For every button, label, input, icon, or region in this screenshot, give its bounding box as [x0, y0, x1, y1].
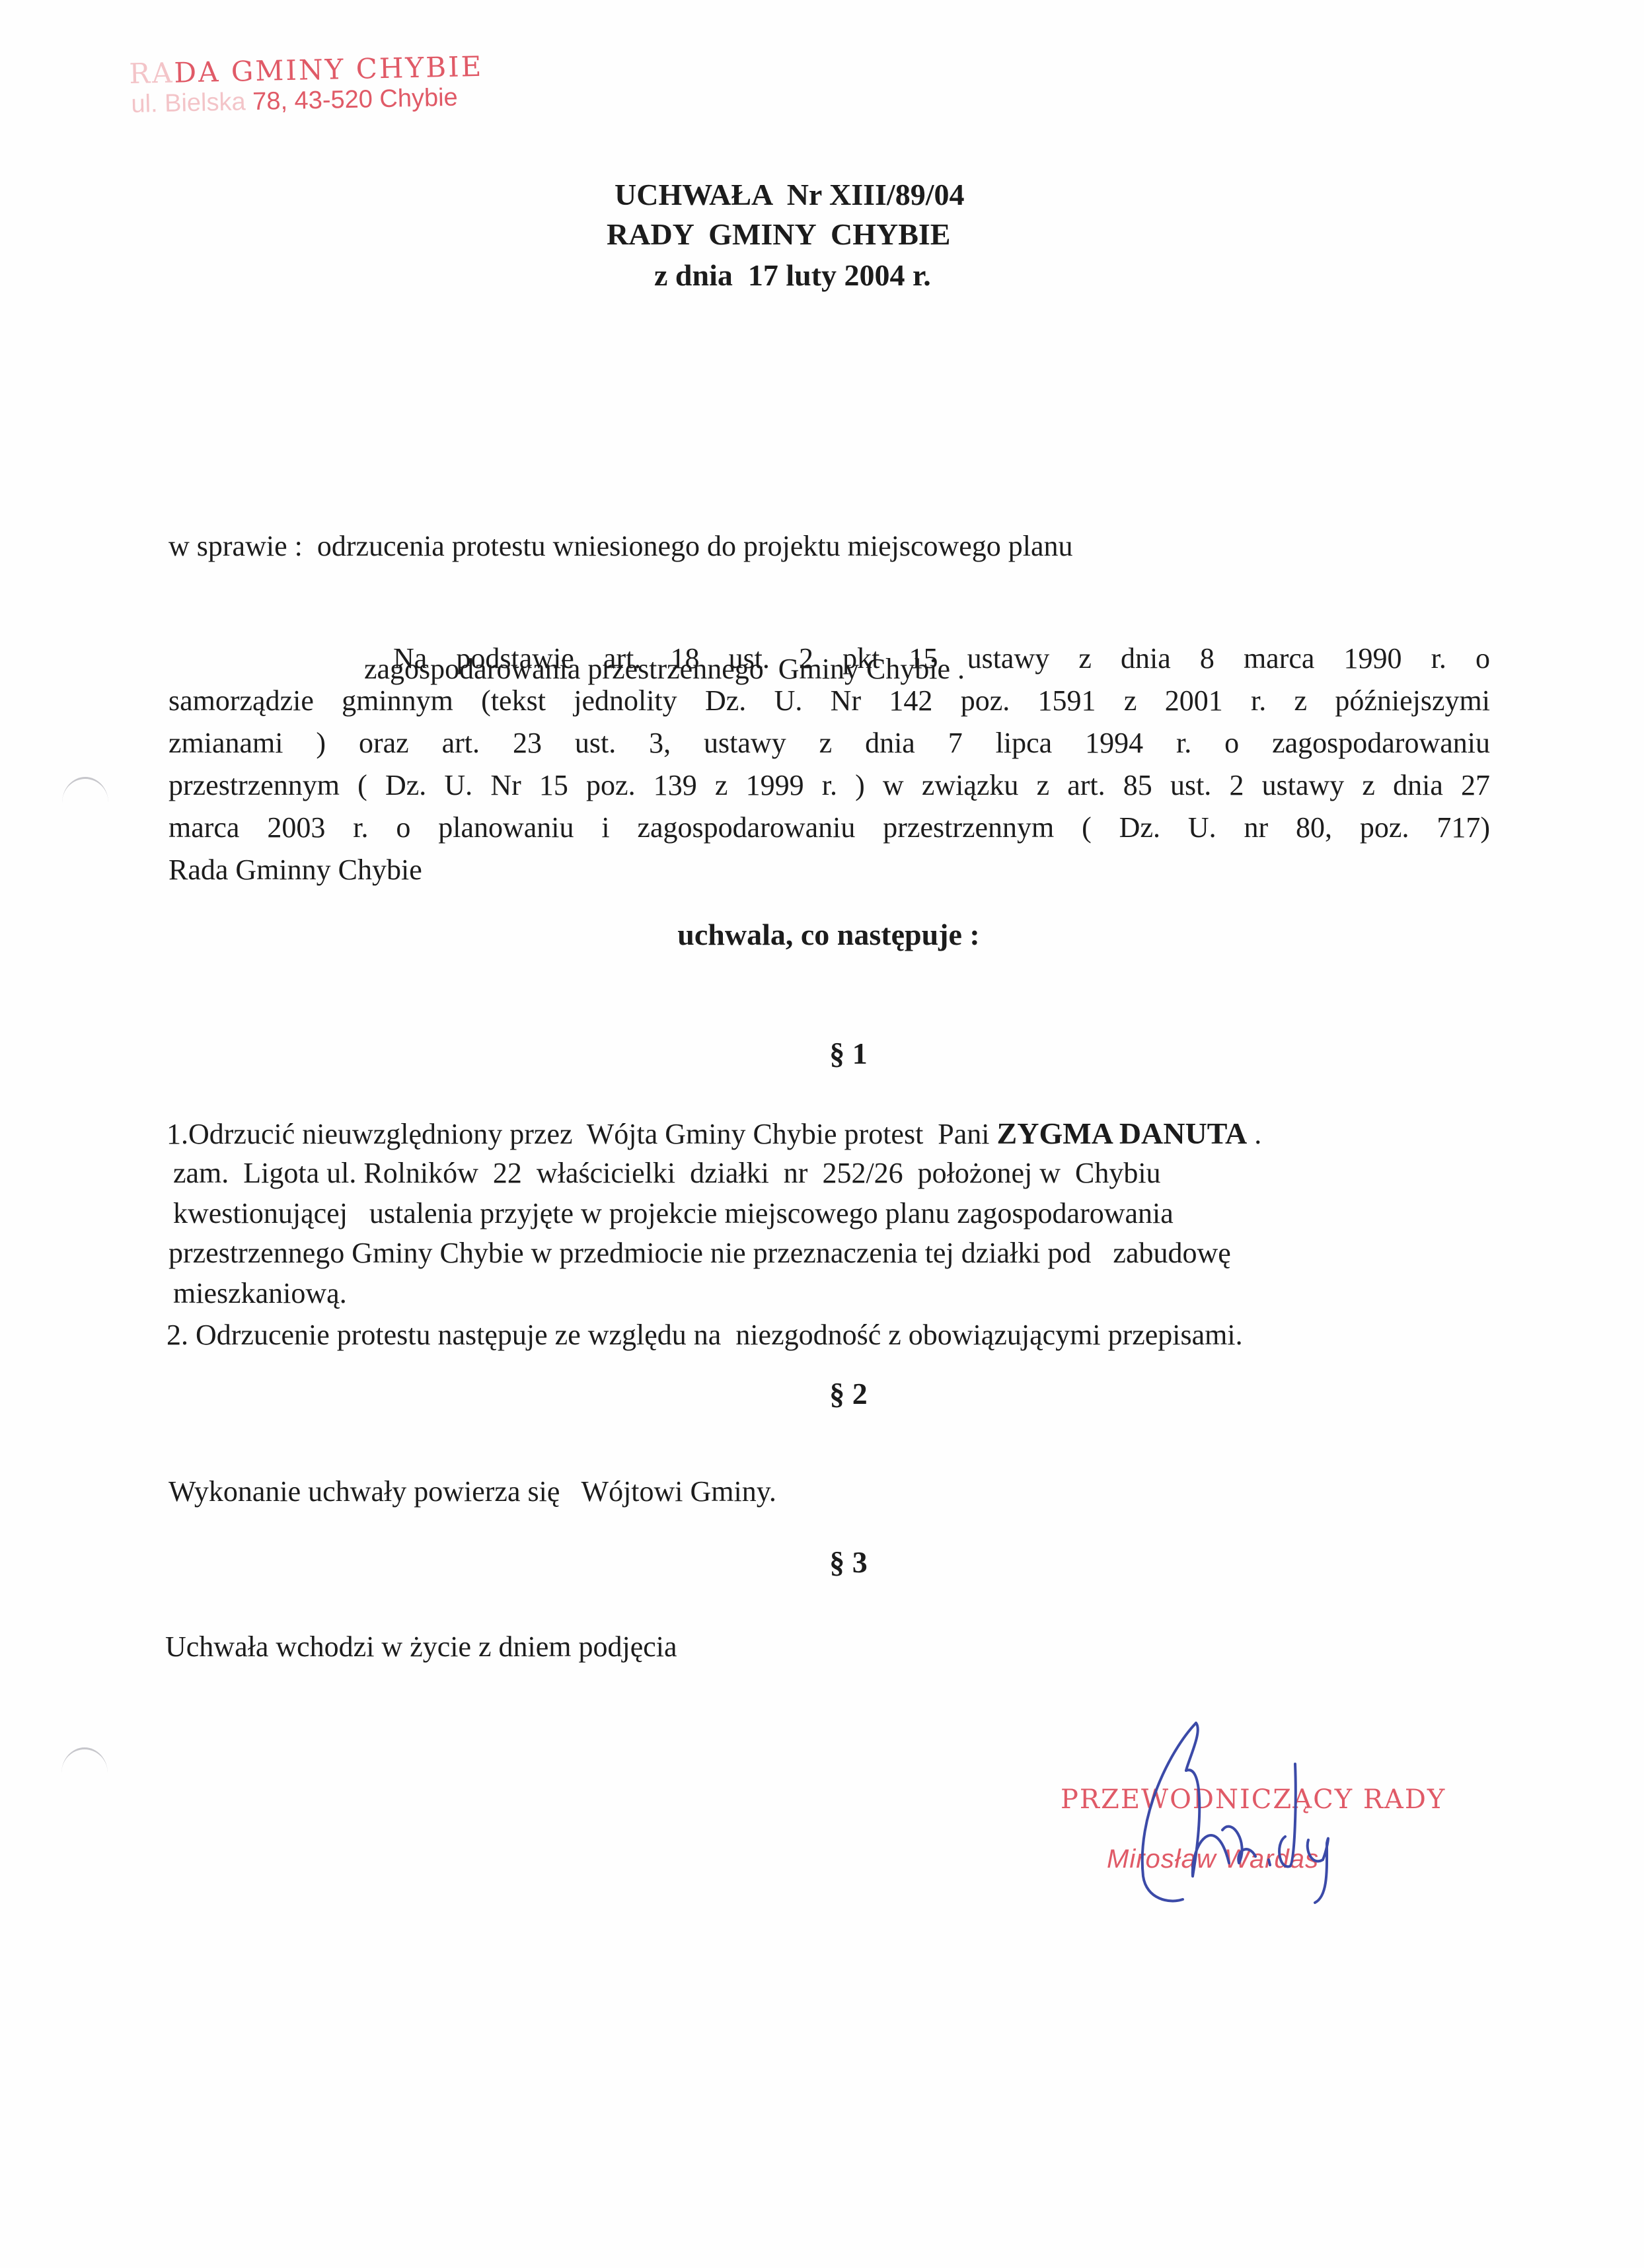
section-1-point-1-line: zam. Ligota ul. Rolników 22 właścicielki…	[173, 1153, 1161, 1194]
section-1-heading: § 1	[0, 1034, 1644, 1074]
legal-basis-line: Rada Gminny Chybie	[168, 849, 1490, 891]
section-2-heading: § 2	[0, 1374, 1644, 1414]
council-address-stamp: RADA GMINY CHYBIE ul. Bielska 78, 43-520…	[129, 51, 484, 119]
section-1-point-1-line: przestrzennego Gminy Chybie w przedmioci…	[168, 1233, 1231, 1274]
section-1-point-1: 1.Odrzucić nieuwzględniony przez Wójta G…	[167, 1113, 1261, 1155]
section-2-text: Wykonanie uchwały powierza się Wójtowi G…	[168, 1471, 776, 1512]
section-1-point-1-line: mieszkaniową.	[173, 1273, 347, 1314]
legal-basis-line: przestrzennym ( Dz. U. Nr 15 poz. 139 z …	[168, 764, 1490, 807]
handwritten-signature-icon	[1117, 1711, 1368, 1909]
legal-basis-line: marca 2003 r. o planowaniu i zagospodaro…	[168, 807, 1490, 849]
resolution-issuer: RADY GMINY CHYBIE	[607, 215, 951, 254]
legal-basis-paragraph: Na podstawie art. 18 ust. 2 pkt 15 ustaw…	[168, 638, 1490, 891]
decision-heading: uchwala, co następuje :	[0, 915, 1644, 955]
punch-hole-mark	[62, 777, 108, 803]
section-1-point-1-line: kwestionującej ustalenia przyjęte w proj…	[173, 1193, 1174, 1234]
legal-basis-line: samorządzie gminnym (tekst jednolity Dz.…	[168, 680, 1490, 722]
legal-basis-line: zmianami ) oraz art. 23 ust. 3, ustawy z…	[168, 722, 1490, 764]
protester-name: ZYGMA DANUTA	[997, 1116, 1248, 1150]
resolution-title: UCHWAŁA Nr XIII/89/04	[615, 175, 965, 215]
section-3-heading: § 3	[0, 1543, 1644, 1582]
punch-hole-mark	[61, 1747, 108, 1773]
section-3-text: Uchwała wchodzi w życie z dniem podjęcia	[165, 1627, 677, 1667]
resolution-date: z dnia 17 luty 2004 r.	[654, 256, 931, 295]
legal-basis-line: Na podstawie art. 18 ust. 2 pkt 15 ustaw…	[168, 638, 1490, 680]
section-1-point-2: 2. Odrzucenie protestu następuje ze wzgl…	[167, 1315, 1243, 1356]
subject-line-1: w sprawie : odrzucenia protestu wniesion…	[168, 526, 1292, 567]
